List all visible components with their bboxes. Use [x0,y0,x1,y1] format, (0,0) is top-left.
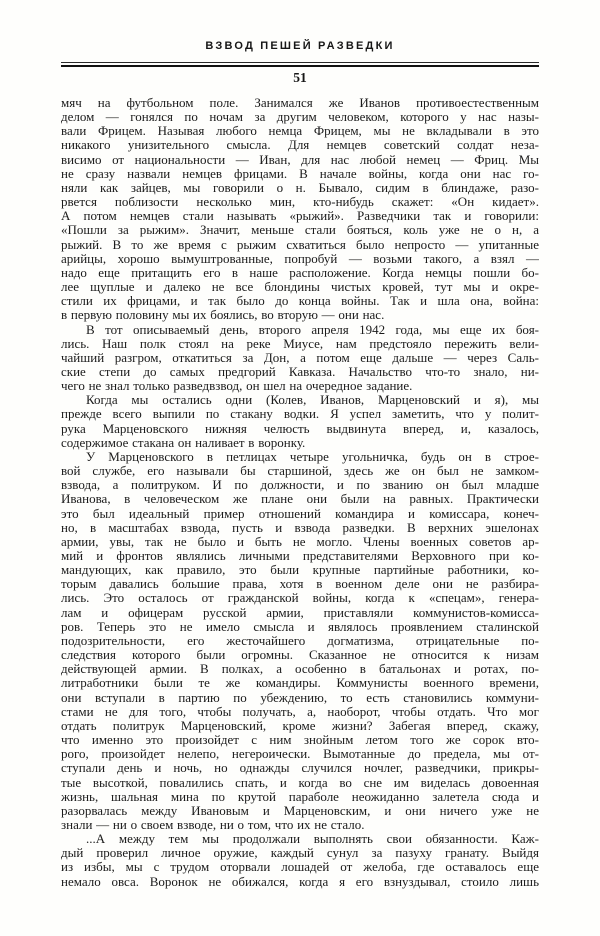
text-line: чайший разгром, откатиться за Дон, а пот… [61,351,539,365]
text-line: знали — ни о своем взводе, ни о том, что… [61,818,539,832]
page-number: 51 [61,70,539,86]
text-line: Когда мы остались одни (Колев, Иванов, М… [61,393,539,407]
text-line: подозрительности, его жесточайшего догма… [61,634,539,648]
header-rule [61,62,539,67]
text-line: ские степи до самых предгорий Кавказа. Н… [61,365,539,379]
text-line: разорвалась между Ивановым и Марценовски… [61,804,539,818]
text-line: дый проверил личное оружие, каждый сунул… [61,846,539,860]
text-line: стили их фрицами, и так было до конца во… [61,294,539,308]
text-line: торым давались большие права, хотя в вое… [61,577,539,591]
text-line: надо еще притащить его в наше расположен… [61,266,539,280]
text-line: няли как зайцев, мы говорили о н. Бывало… [61,181,539,195]
text-line: литработники были те же командиры. Комму… [61,676,539,690]
text-line: не сразу назвали немцев фрицами. В начал… [61,167,539,181]
text-line: «Пошли за рыжим». Значит, меньше стали б… [61,223,539,237]
text-line: немало овса. Воронок не обижался, когда … [61,875,539,889]
text-line: вали Фрицем. Называя любого немца Фрицем… [61,124,539,138]
text-line: лись. Это осталось от гражданской войны,… [61,591,539,605]
text-line: Иванова, в человеческом же плане они был… [61,492,539,506]
text-line: отдать политрук Марценовский, кроме жизн… [61,719,539,733]
text-line: рыжий. В то же время с рыжим схватиться … [61,238,539,252]
text-line: это был идеальный пример отношений коман… [61,507,539,521]
header-rule-thick-line [61,65,539,67]
text-line: В тот описываемый день, второго апреля 1… [61,323,539,337]
text-line: лам и офицерам русской армии, приставлял… [61,606,539,620]
text-line: мандующих, как правило, это были крупные… [61,563,539,577]
text-line: ступали день и ночь, но однажды случился… [61,761,539,775]
paragraph: ...А между тем мы продолжали выполнять с… [61,832,539,889]
text-line: А потом немцев стали называть «рыжий». Р… [61,209,539,223]
text-line: стами не для того, чтобы получать, а, на… [61,705,539,719]
text-line: содержимое стакана он наливает в воронку… [61,436,539,450]
text-line: ров. Теперь это не имело смысла и являло… [61,620,539,634]
text-line: У Марценовского в петлицах четыре угольн… [61,450,539,464]
text-line: тые высоткой, повалились спать, и когда … [61,776,539,790]
paragraph: Когда мы остались одни (Колев, Иванов, М… [61,393,539,450]
book-page: ВЗВОД ПЕШЕЙ РАЗВЕДКИ 51 мяч на футбольно… [0,0,600,936]
text-line: никакого унизительного смысла. Для немце… [61,138,539,152]
text-line: делом — гонялся по ночам за другим челов… [61,110,539,124]
text-line: действующей армии. В полках, а особенно … [61,662,539,676]
text-line: они вступали в партию по убеждению, то е… [61,691,539,705]
text-line: лись. Наш полк стоял на реке Миусе, нам … [61,337,539,351]
text-line: мий и фронтов являлись личными представи… [61,549,539,563]
paragraph: В тот описываемый день, второго апреля 1… [61,323,539,394]
text-line: рука Марценовского нижняя челюсть выдвин… [61,422,539,436]
text-line: рвется поблизости несколько мин, кто-ниб… [61,195,539,209]
text-line: взвода, а политруком. И по должности, и … [61,478,539,492]
text-line: в первую половину мы их боялись, во втор… [61,308,539,322]
text-line: висимо от национальности — Иван, для нас… [61,153,539,167]
text-line: чего не знал только разведвзвод, он шел … [61,379,539,393]
text-line: жизнь, шальная мина по крутой параболе н… [61,790,539,804]
text-line: армии, увы, так не было и быть не могло.… [61,535,539,549]
text-line: ...А между тем мы продолжали выполнять с… [61,832,539,846]
paragraph: У Марценовского в петлицах четыре угольн… [61,450,539,832]
running-header: ВЗВОД ПЕШЕЙ РАЗВЕДКИ [61,40,539,52]
text-line: рого, произойдет нелепо, негероически. В… [61,747,539,761]
text-line: но, в масштабах взвода, пусть и взвода р… [61,521,539,535]
text-line: арийцы, хорошо вымуштрованные, попробуй … [61,252,539,266]
text-line: следствия которого были огромны. Сказанн… [61,648,539,662]
paragraph: мяч на футбольном поле. Занимался же Ива… [61,96,539,323]
text-line: из избы, мы с трудом оторвали лошадей от… [61,860,539,874]
text-line: прежде всего выпили по стакану водки. Я … [61,407,539,421]
text-line: вой службе, его называли бы старшиной, з… [61,464,539,478]
text-line: мяч на футбольном поле. Занимался же Ива… [61,96,539,110]
page-body: мяч на футбольном поле. Занимался же Ива… [61,96,539,889]
text-line: что именно это произойдет с ним знойным … [61,733,539,747]
text-line: лее щуплые и далеко не все блондины чист… [61,280,539,294]
